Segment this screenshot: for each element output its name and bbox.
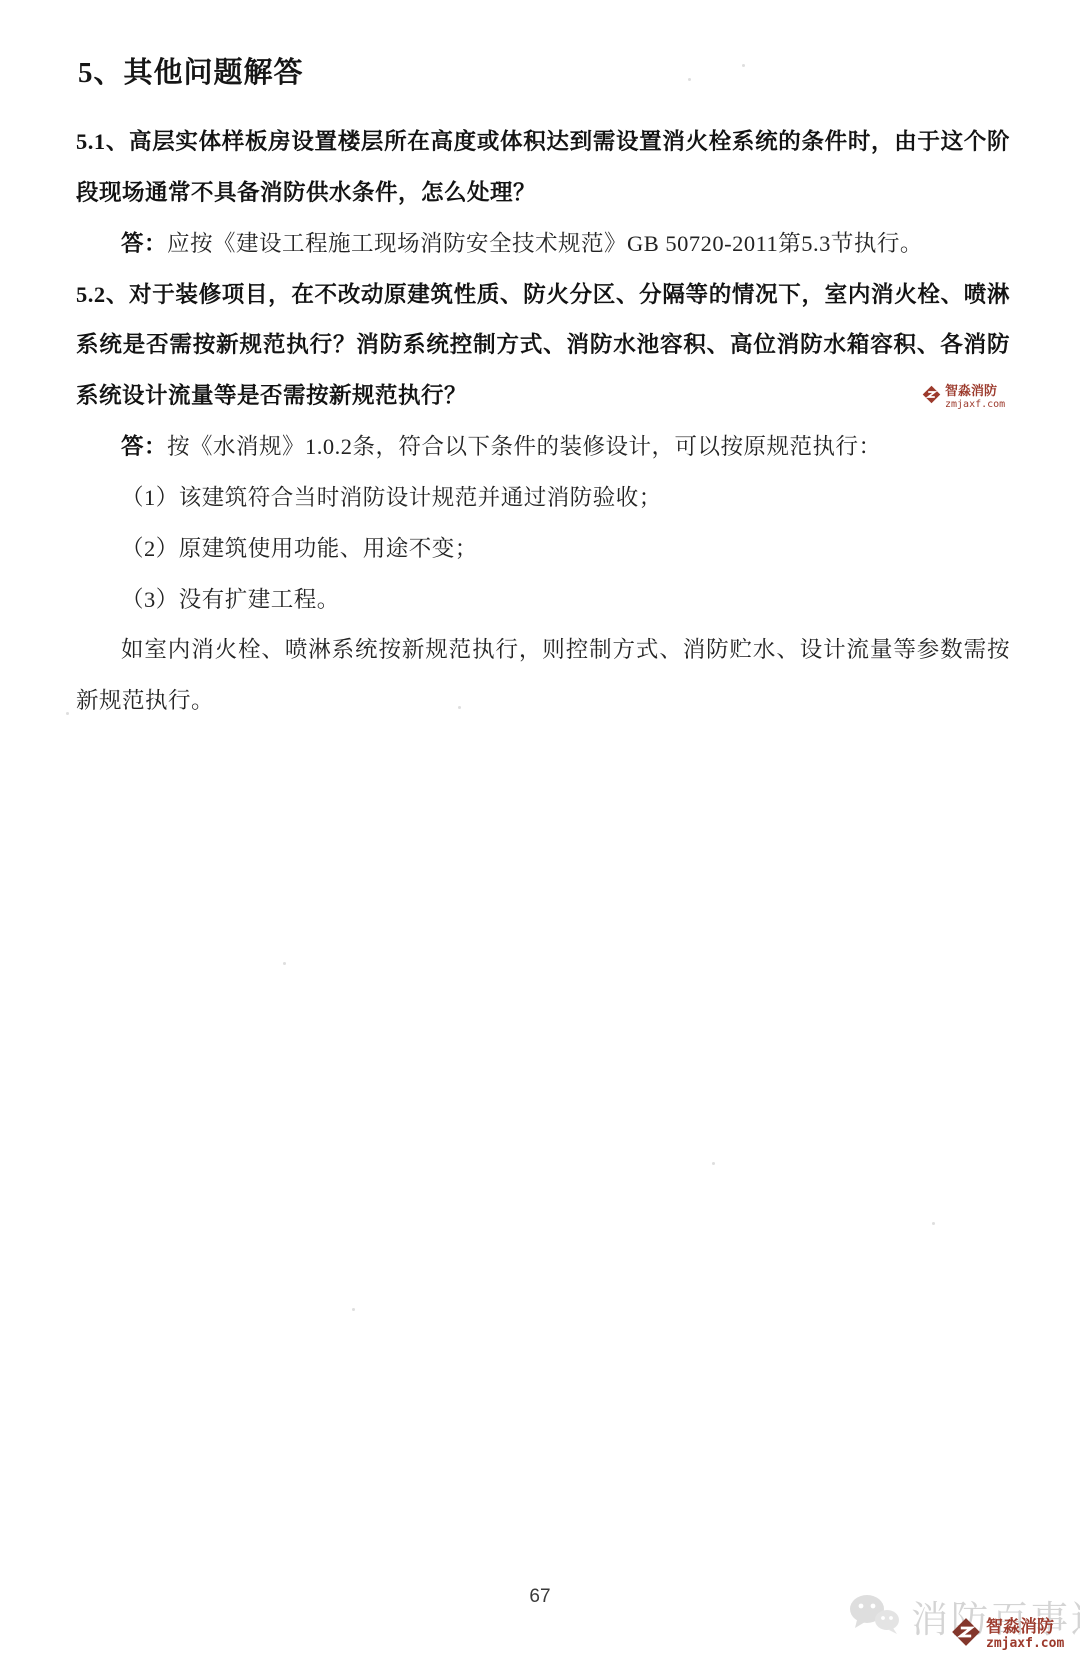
answer-label: 答： [121, 231, 167, 256]
condition-item-3: （3）没有扩建工程。 [76, 575, 1010, 626]
brand-name: 智淼消防 [945, 384, 1005, 399]
brand-name: 智淼消防 [986, 1618, 1064, 1637]
document-page: 5、其他问题解答 5.1、高层实体样板房设置楼层所在高度或体积达到需设置消火栓系… [0, 0, 1080, 1663]
zhimiao-diamond-icon [922, 385, 941, 409]
condition-item-2: （2）原建筑使用功能、用途不变； [76, 524, 1010, 575]
condition-item-1: （1）该建筑符合当时消防设计规范并通过消防验收； [76, 473, 1010, 524]
side-watermark-text: 智淼消防 zmjaxf.com [945, 384, 1005, 410]
footer-logo-text: 智淼消防 zmjaxf.com [986, 1618, 1064, 1651]
answer-5-2: 答：按《水消规》1.0.2条，符合以下条件的装修设计，可以按原规范执行： [76, 422, 1010, 473]
zhimiao-diamond-icon [951, 1617, 981, 1652]
page-number: 67 [0, 1586, 1080, 1608]
side-watermark: 智淼消防 zmjaxf.com [922, 384, 1005, 410]
closing-note: 如室内消火栓、喷淋系统按新规范执行，则控制方式、消防贮水、设计流量等参数需按新规… [76, 625, 1010, 727]
footer-logo: 智淼消防 zmjaxf.com [951, 1617, 1064, 1652]
question-5-1: 5.1、高层实体样板房设置楼层所在高度或体积达到需设置消火栓系统的条件时，由于这… [76, 117, 1010, 219]
answer-text: 应按《建设工程施工现场消防安全技术规范》GB 50720-2011第5.3节执行… [167, 231, 923, 256]
document-content: 5、其他问题解答 5.1、高层实体样板房设置楼层所在高度或体积达到需设置消火栓系… [76, 50, 1010, 727]
answer-text: 按《水消规》1.0.2条，符合以下条件的装修设计，可以按原规范执行： [167, 434, 882, 459]
question-5-2: 5.2、对于装修项目，在不改动原建筑性质、防火分区、分隔等的情况下，室内消火栓、… [76, 270, 1010, 423]
brand-url: zmjaxf.com [986, 1637, 1064, 1651]
answer-label: 答： [121, 434, 167, 459]
answer-5-1: 答：应按《建设工程施工现场消防安全技术规范》GB 50720-2011第5.3节… [76, 219, 1010, 270]
page-title: 5、其他问题解答 [78, 50, 1010, 91]
brand-url: zmjaxf.com [945, 399, 1005, 411]
